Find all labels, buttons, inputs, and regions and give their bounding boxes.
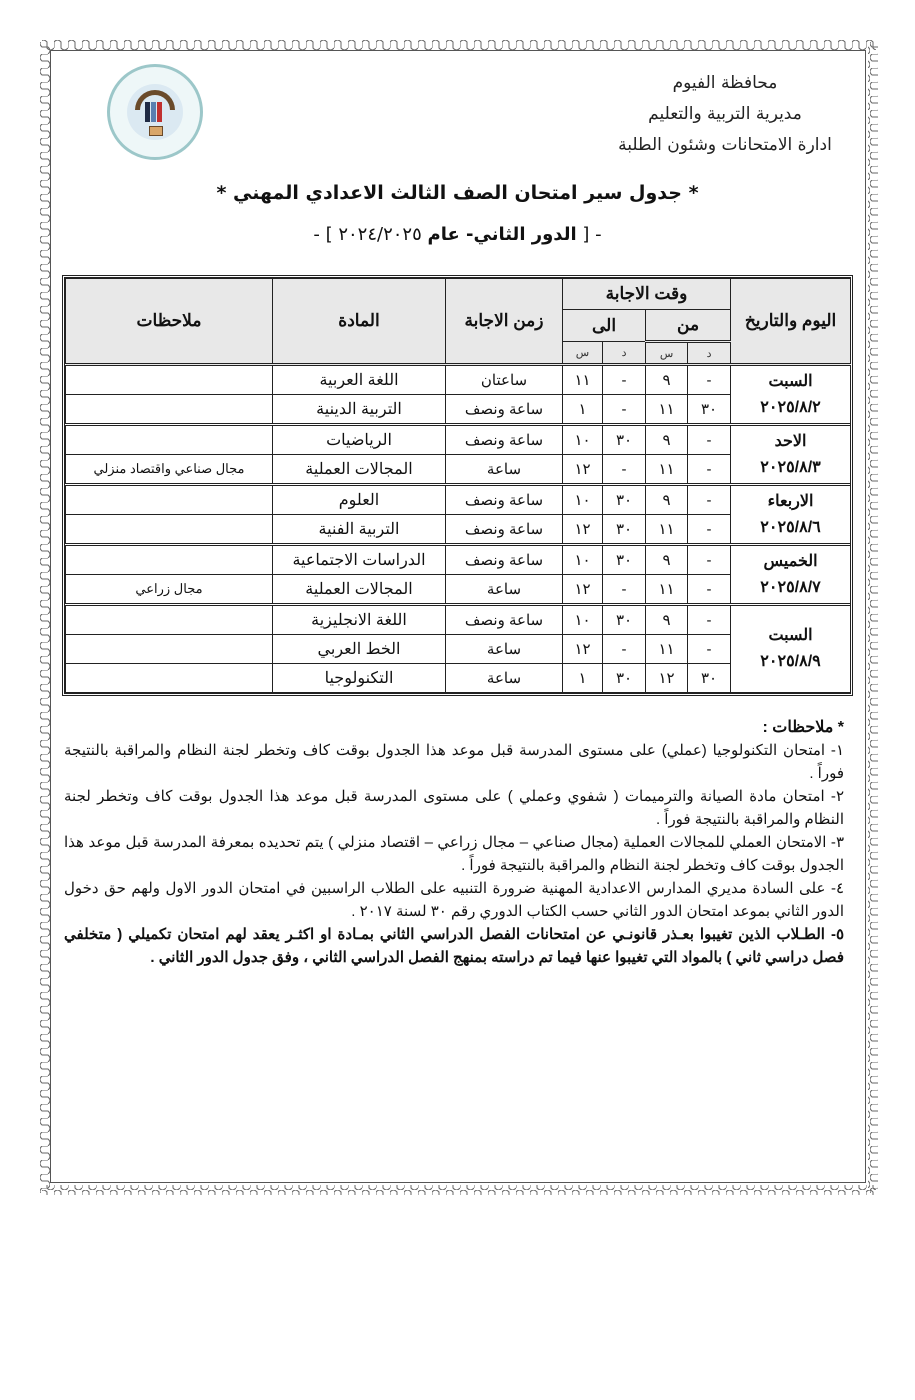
header-from-hour: س [646,342,688,365]
from-hour: ١١ [646,395,688,425]
subtitle-round: الدور الثاني- عام [428,224,577,245]
duration: ساعة ونصف [446,545,563,575]
from-minute: - [688,635,731,664]
day-date-cell: الخميس٢٠٢٥/٨/٧ [731,545,851,605]
table-row: الاحد٢٠٢٥/٨/٣ - ٩ ٣٠ ١٠ ساعة ونصف الرياض… [66,425,851,455]
from-hour: ١١ [646,575,688,605]
from-hour: ٩ [646,545,688,575]
row-note [66,425,273,455]
table-row: الخميس٢٠٢٥/٨/٧ - ٩ ٣٠ ١٠ ساعة ونصف الدرا… [66,545,851,575]
day-date-cell: السبت٢٠٢٥/٨/٢ [731,365,851,425]
duration: ساعة [446,575,563,605]
row-note: مجال زراعي [66,575,273,605]
from-hour: ١١ [646,635,688,664]
duration: ساعة [446,455,563,485]
from-minute: ٣٠ [688,395,731,425]
document-subtitle: - [ الدور الثاني- عام ٢٠٢٤/٢٠٢٥ ] - [0,224,915,245]
to-minute: ٣٠ [603,664,646,693]
table-row: الاربعاء٢٠٢٥/٨/٦ - ٩ ٣٠ ١٠ ساعة ونصف الع… [66,485,851,515]
to-minute: ٣٠ [603,485,646,515]
row-note [66,515,273,545]
header-from: من [646,310,731,342]
subject: التكنولوجيا [273,664,446,693]
row-note [66,635,273,664]
table-row: السبت٢٠٢٥/٨/٢ - ٩ - ١١ ساعتان اللغة العر… [66,365,851,395]
subject: المجالات العملية [273,575,446,605]
duration: ساعة ونصف [446,395,563,425]
subject: الدراسات الاجتماعية [273,545,446,575]
from-minute: - [688,425,731,455]
subject: اللغة الانجليزية [273,605,446,635]
to-hour: ١٢ [563,575,603,605]
from-minute: - [688,485,731,515]
duration: ساعة ونصف [446,425,563,455]
to-hour: ١٠ [563,425,603,455]
from-minute: - [688,575,731,605]
to-minute: - [603,635,646,664]
row-note [66,605,273,635]
to-minute: - [603,575,646,605]
note-item-1: ١- امتحان التكنولوجيا (عملي) على مستوى ا… [64,739,844,785]
note-item-5: ٥- الطـلاب الذين تغيبوا بعـذر قانونـي عن… [64,923,844,969]
subject: الرياضيات [273,425,446,455]
duration: ساعة ونصف [446,485,563,515]
day-name: الاربعاء [731,489,850,515]
header-to-hour: س [563,342,603,365]
from-hour: ١١ [646,515,688,545]
to-minute: - [603,455,646,485]
to-minute: ٣٠ [603,605,646,635]
to-hour: ١٠ [563,605,603,635]
subtitle-year: ٢٠٢٤/٢٠٢٥ [338,224,421,245]
subject: الخط العربي [273,635,446,664]
from-hour: ٩ [646,605,688,635]
from-minute: - [688,455,731,485]
exam-date: ٢٠٢٥/٨/٦ [731,515,850,541]
subject: التربية الدينية [273,395,446,425]
table-row: السبت٢٠٢٥/٨/٩ - ٩ ٣٠ ١٠ ساعة ونصف اللغة … [66,605,851,635]
header-duration: زمن الاجابة [446,279,563,365]
exam-date: ٢٠٢٥/٨/٩ [731,649,850,675]
from-minute: ٣٠ [688,664,731,693]
exam-date: ٢٠٢٥/٨/٧ [731,575,850,601]
to-minute: - [603,365,646,395]
people-icon [145,102,167,124]
subtitle-suffix: ] - [313,224,332,245]
header-day-date: اليوم والتاريخ [731,279,851,365]
notes-title: * ملاحظات : [64,716,844,739]
to-hour: ١ [563,395,603,425]
day-name: السبت [731,369,850,395]
duration: ساعة [446,664,563,693]
book-icon [149,126,163,136]
to-hour: ١٠ [563,545,603,575]
exam-date: ٢٠٢٥/٨/٣ [731,455,850,481]
to-minute: ٣٠ [603,545,646,575]
to-hour: ١٢ [563,515,603,545]
row-note [66,664,273,693]
from-minute: - [688,515,731,545]
subject: اللغة العربية [273,365,446,395]
header-to: الى [563,310,646,342]
note-item-3: ٣- الامتحان العملي للمجالات العملية (مجا… [64,831,844,877]
subject: التربية الفنية [273,515,446,545]
from-hour: ٩ [646,425,688,455]
subject: العلوم [273,485,446,515]
logo-emblem-icon [127,84,183,140]
header-notes: ملاحظات [66,279,273,365]
from-hour: ٩ [646,365,688,395]
document-title: * جدول سير امتحان الصف الثالث الاعدادي ا… [0,182,915,204]
header-subject: المادة [273,279,446,365]
row-note [66,395,273,425]
row-note [66,365,273,395]
day-date-cell: الاحد٢٠٢٥/٨/٣ [731,425,851,485]
to-minute: ٣٠ [603,515,646,545]
duration: ساعة ونصف [446,515,563,545]
from-hour: ٩ [646,485,688,515]
header-from-minute: د [688,342,731,365]
from-minute: - [688,365,731,395]
table-header: اليوم والتاريخ وقت الاجابة زمن الاجابة ا… [66,279,851,365]
day-date-cell: السبت٢٠٢٥/٨/٩ [731,605,851,693]
row-note: مجال صناعي واقتصاد منزلي [66,455,273,485]
from-minute: - [688,605,731,635]
exam-schedule-table: اليوم والتاريخ وقت الاجابة زمن الاجابة ا… [62,275,853,696]
from-hour: ١٢ [646,664,688,693]
notes-section: * ملاحظات : ١- امتحان التكنولوجيا (عملي)… [64,716,844,969]
to-hour: ١٢ [563,455,603,485]
exam-date: ٢٠٢٥/٨/٢ [731,395,850,421]
note-item-2: ٢- امتحان مادة الصيانة والترميمات ( شفوي… [64,785,844,831]
department-name: ادارة الامتحانات وشئون الطلبة [615,130,835,161]
to-minute: ٣٠ [603,425,646,455]
duration: ساعة [446,635,563,664]
day-date-cell: الاربعاء٢٠٢٥/٨/٦ [731,485,851,545]
to-hour: ١ [563,664,603,693]
from-minute: - [688,545,731,575]
header-to-minute: د [603,342,646,365]
header-answer-time: وقت الاجابة [563,279,731,310]
row-note [66,545,273,575]
to-minute: - [603,395,646,425]
day-name: الخميس [731,549,850,575]
directorate-logo [107,64,203,160]
directorate-name: مديرية التربية والتعليم [615,99,835,130]
day-name: الاحد [731,429,850,455]
governorate-name: محافظة الفيوم [615,68,835,99]
subject: المجالات العملية [273,455,446,485]
duration: ساعتان [446,365,563,395]
to-hour: ١١ [563,365,603,395]
row-note [66,485,273,515]
subtitle-prefix: - [ [582,224,601,245]
note-item-4: ٤- على السادة مديري المدارس الاعدادية ال… [64,877,844,923]
day-name: السبت [731,623,850,649]
duration: ساعة ونصف [446,605,563,635]
from-hour: ١١ [646,455,688,485]
to-hour: ١٢ [563,635,603,664]
issuer-header: محافظة الفيوم مديرية التربية والتعليم اد… [615,68,835,161]
to-hour: ١٠ [563,485,603,515]
